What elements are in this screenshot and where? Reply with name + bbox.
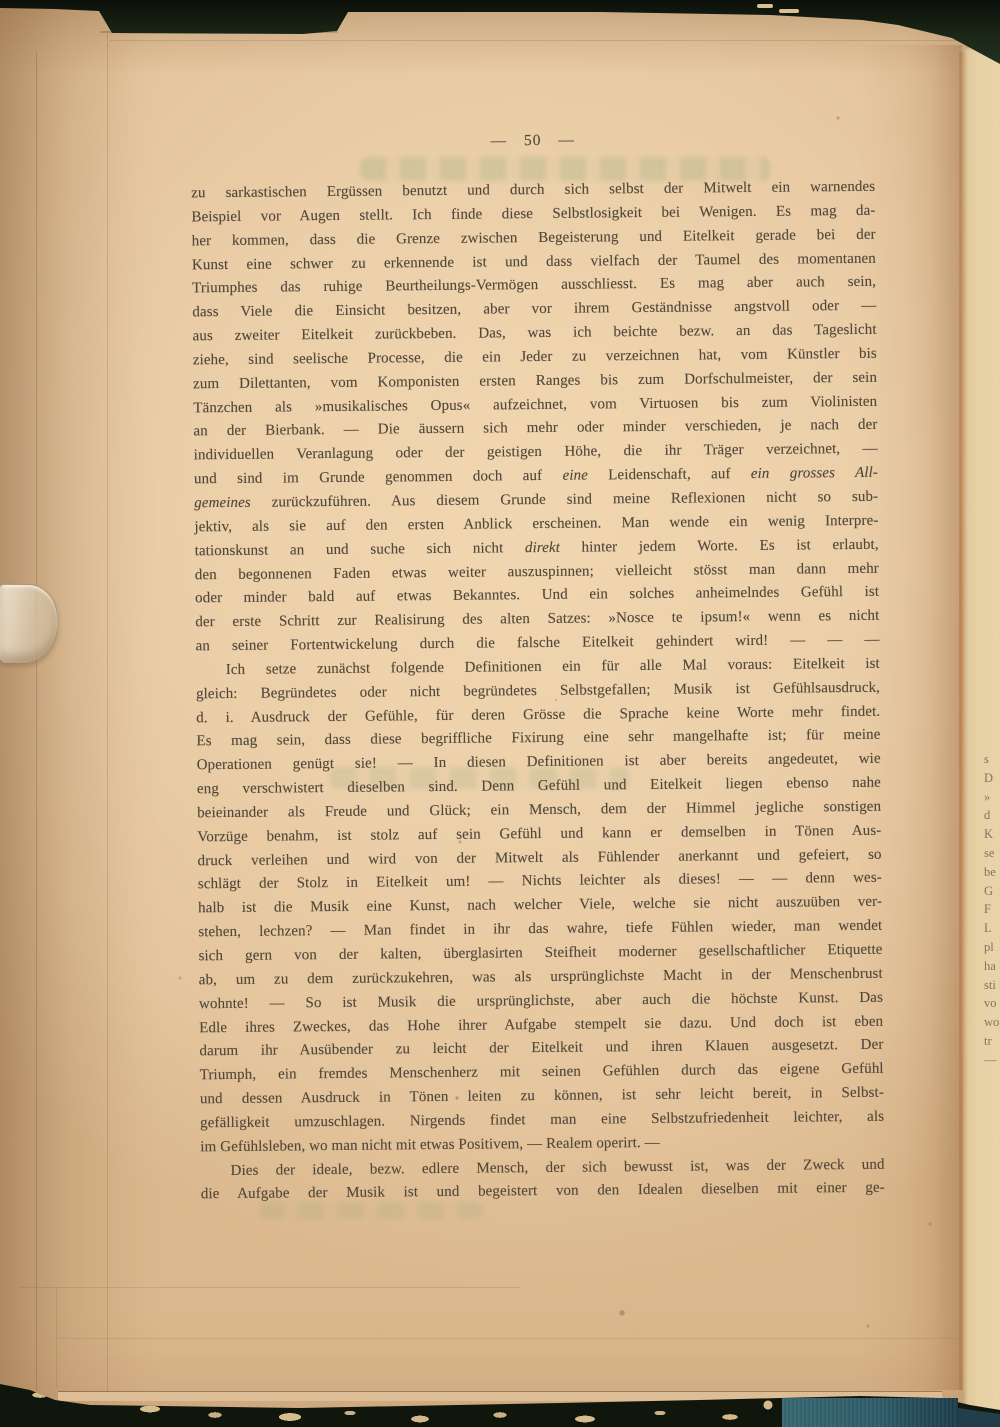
cover-paper-chip xyxy=(779,9,799,13)
page-number: — 50 — xyxy=(191,129,875,154)
cover-cloth-teal xyxy=(782,1398,958,1427)
body-text: zu sarkastischen Ergüssen benutzt und du… xyxy=(191,176,885,1208)
book-photo: sD»dKsebeGFLplhastivowotr— — 50 — zu sar… xyxy=(0,0,1000,1427)
cover-paper-chip xyxy=(757,4,773,8)
printed-content: — 50 — zu sarkastischen Ergüssen benutzt… xyxy=(0,0,1000,1427)
